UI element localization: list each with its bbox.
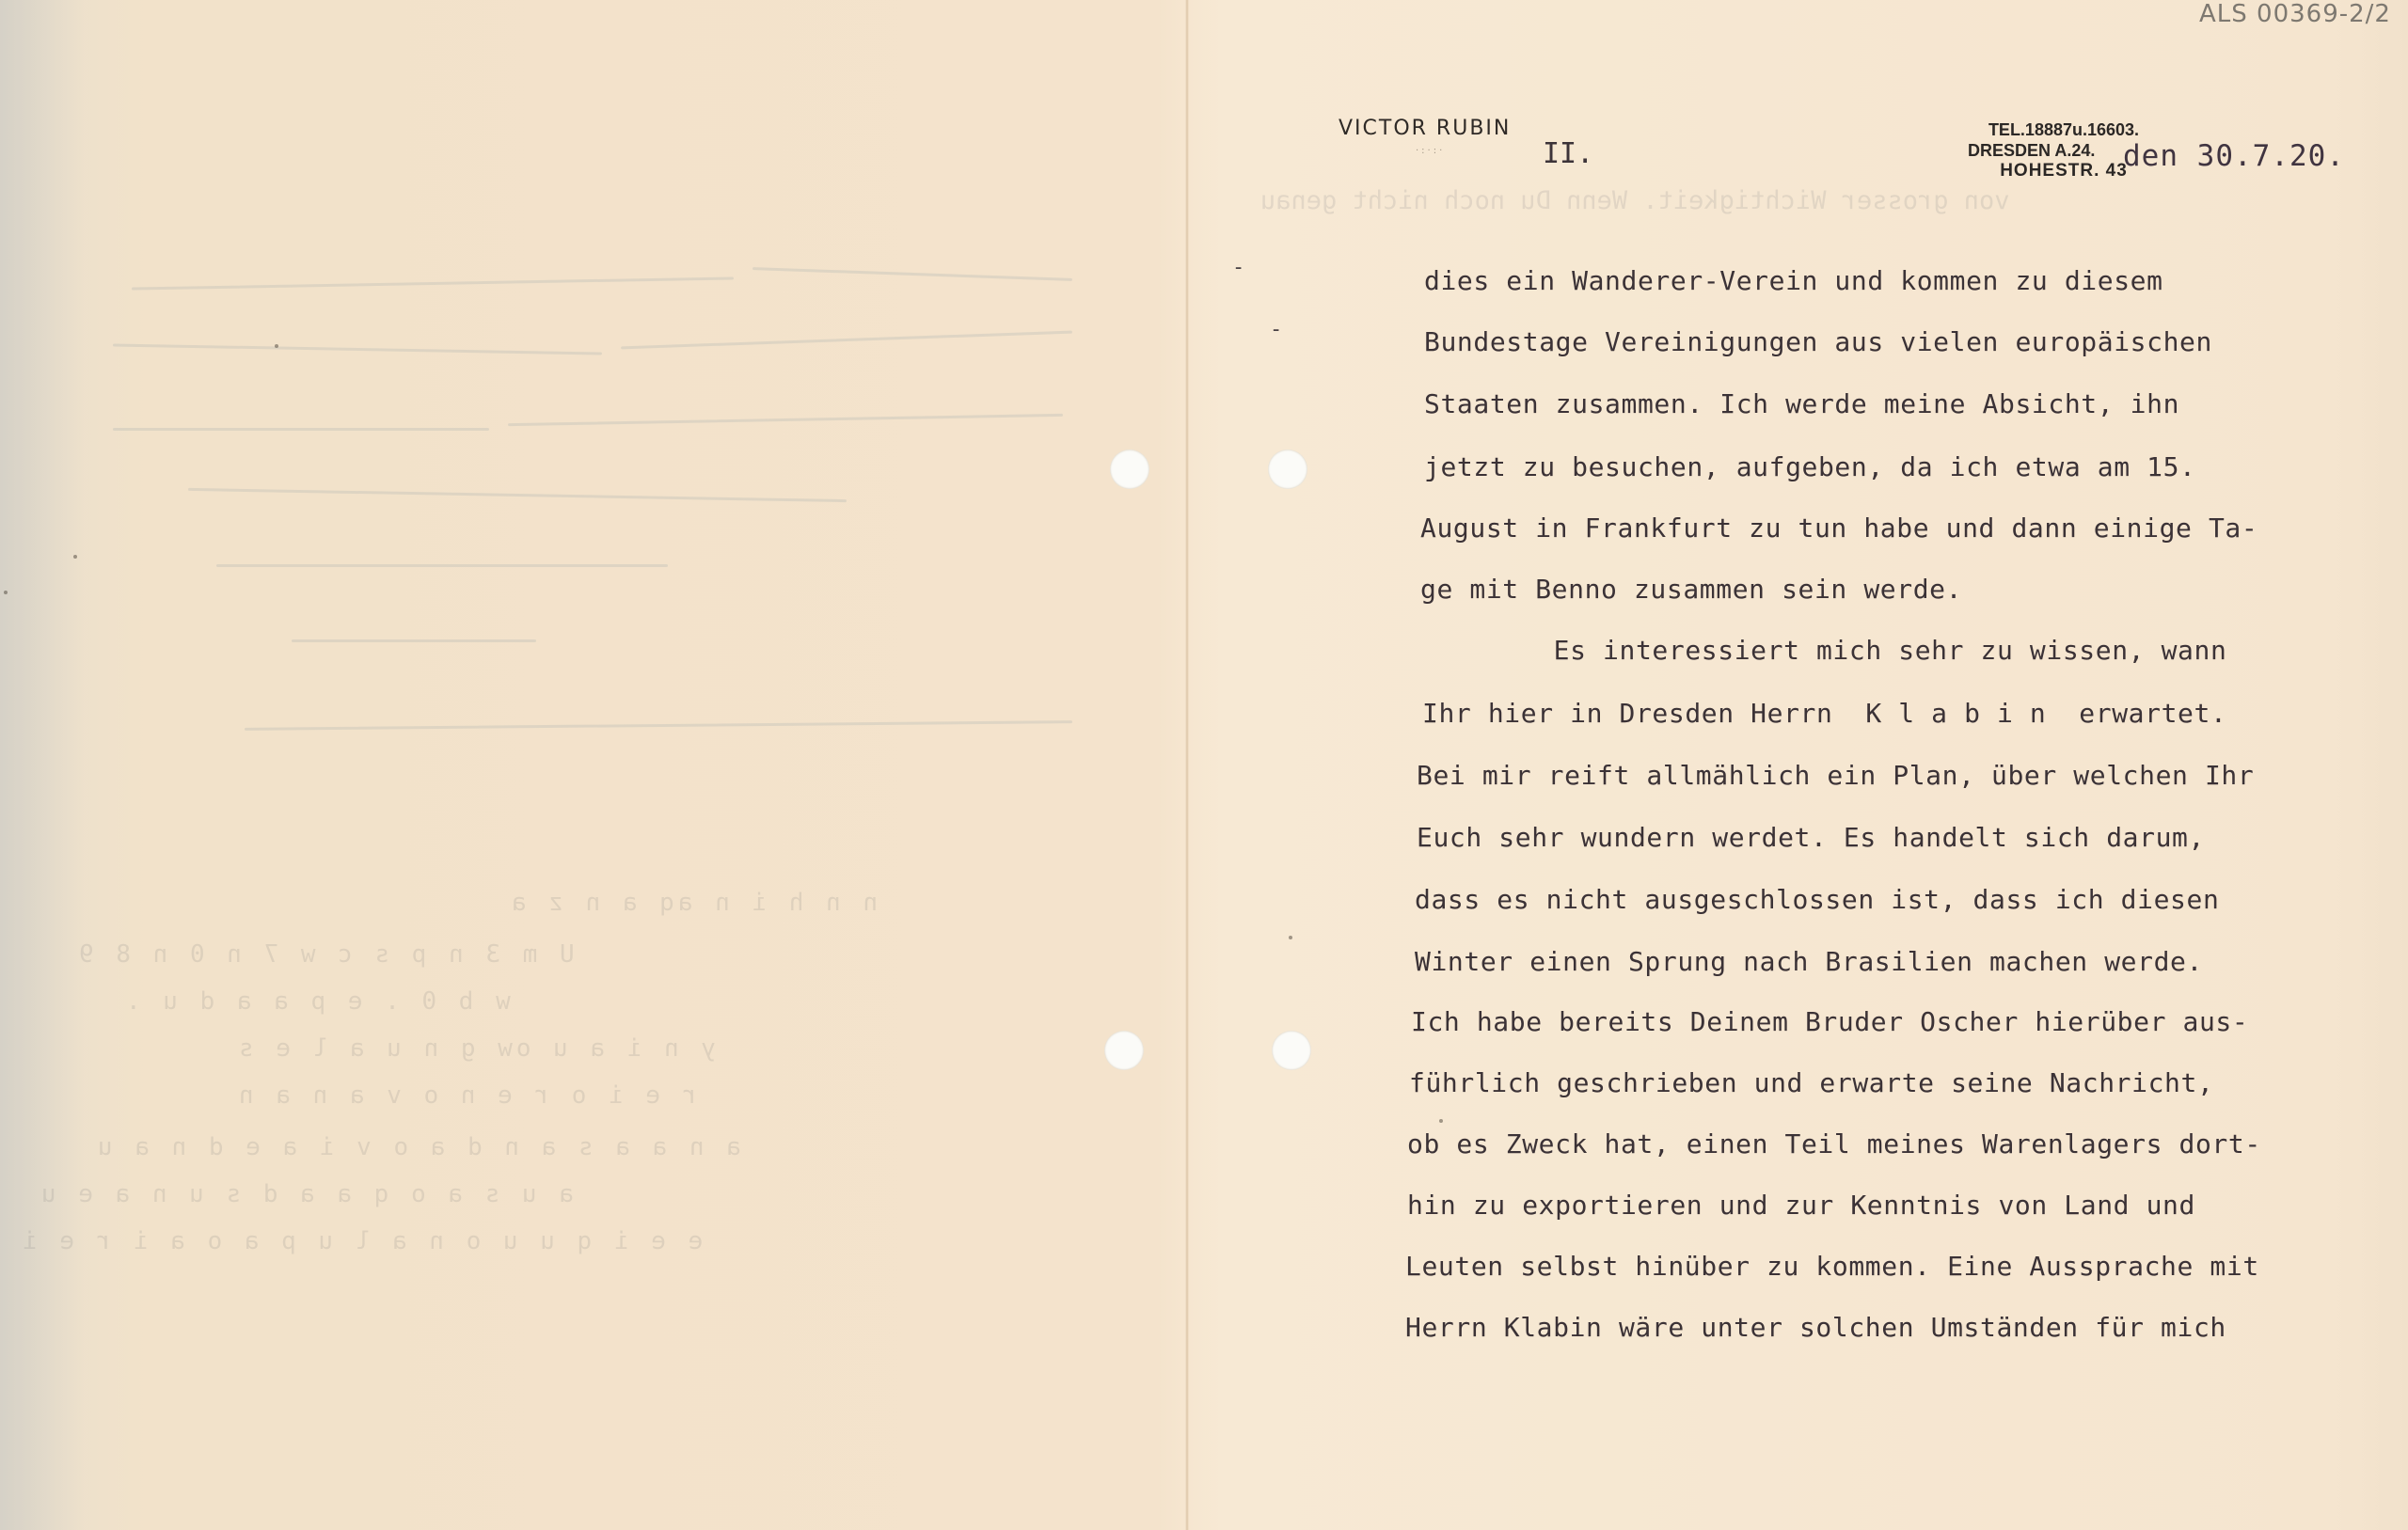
- punch-hole: [1104, 1031, 1144, 1070]
- letterhead-name: VICTOR RUBIN: [1339, 117, 1511, 140]
- document-spread: n n h i n aq a n z a U m 3 n p s c w 7 n…: [0, 0, 2408, 1530]
- text-line: Leuten selbst hinüber zu kommen. Eine Au…: [1405, 1251, 2259, 1282]
- text-line: Es interessiert mich sehr zu wissen, wan…: [1422, 635, 2226, 666]
- text-line: Ihr hier in Dresden Herrn K l a b i n er…: [1422, 698, 2226, 729]
- text-line: ob es Zweck hat, einen Teil meines Waren…: [1407, 1128, 2261, 1159]
- paper-speck: [275, 344, 278, 348]
- paper-speck: [4, 591, 8, 594]
- text-line: führlich geschrieben und erwarte seine N…: [1409, 1067, 2213, 1098]
- text-line: jetzt zu besuchen, aufgeben, da ich etwa…: [1424, 451, 2196, 482]
- letter-date: den 30.7.20.: [2123, 139, 2345, 173]
- page-number: II.: [1543, 137, 1593, 170]
- typing-show-through-4: y n i a u ow g n u a l e s: [235, 1034, 716, 1063]
- text-line: dies ein Wanderer-Verein und kommen zu d…: [1424, 265, 2163, 296]
- paper-speck: [73, 555, 77, 559]
- typing-show-through-1: n n h i n aq a n z a: [508, 889, 878, 917]
- text-line: Ich habe bereits Deinem Bruder Oscher hi…: [1411, 1006, 2248, 1037]
- punch-hole: [1272, 1031, 1311, 1070]
- text-line: Bundestage Vereinigungen aus vielen euro…: [1424, 326, 2212, 357]
- text-line: dass es nicht ausgeschlossen ist, dass i…: [1415, 884, 2219, 915]
- handwriting-show-through: [75, 282, 1110, 846]
- punch-hole: [1110, 450, 1149, 489]
- letterhead-faint-mark: ·:·:·: [1416, 146, 1445, 156]
- show-through-line: von grosser Wichtigkeit. Wenn Du noch ni…: [1260, 186, 2010, 215]
- page-edge-shadow: [0, 0, 85, 1530]
- text-line: Euch sehr wundern werdet. Es handelt sic…: [1417, 822, 2205, 853]
- text-line: Bei mir reift allmählich ein Plan, über …: [1417, 760, 2254, 791]
- telephone: TEL.18887u.16603.: [1970, 120, 2158, 141]
- punch-hole: [1268, 450, 1307, 489]
- text-line: Winter einen Sprung nach Brasilien mache…: [1415, 946, 2203, 977]
- text-line: ge mit Benno zusammen sein werde.: [1420, 574, 1962, 605]
- text-line: Staaten zusammen. Ich werde meine Absich…: [1424, 388, 2179, 419]
- text-line: August in Frankfurt zu tun habe und dann…: [1420, 513, 2257, 544]
- typing-show-through-2: U m 3 n p s c w 7 n 0 n 8 9: [75, 940, 575, 969]
- typing-show-through-3: w b 0 . e p a a d u .: [122, 987, 511, 1016]
- margin-mark: -: [1270, 318, 1282, 341]
- typing-show-through-5: r e i o r e n o v a n a n: [235, 1081, 697, 1110]
- typing-show-through-6: a n a a s a n d a o v i a e d n a u: [94, 1133, 741, 1161]
- text-line: hin zu exportieren und zur Kenntnis von …: [1407, 1190, 2195, 1221]
- margin-mark: -: [1232, 256, 1244, 279]
- paper-speck: [1289, 936, 1292, 939]
- paper-speck: [1439, 1119, 1443, 1123]
- typing-show-through-8: e e i q u u o n a l u p a o a i r e i: [19, 1227, 703, 1255]
- left-page-blank: n n h i n aq a n z a U m 3 n p s c w 7 n…: [0, 0, 1187, 1530]
- archive-reference: ALS 00369-2/2: [2199, 0, 2391, 28]
- text-line: Herrn Klabin wäre unter solchen Umstände…: [1405, 1312, 2226, 1343]
- typing-show-through-7: a u s a o q a a d s u n a e u: [38, 1180, 574, 1208]
